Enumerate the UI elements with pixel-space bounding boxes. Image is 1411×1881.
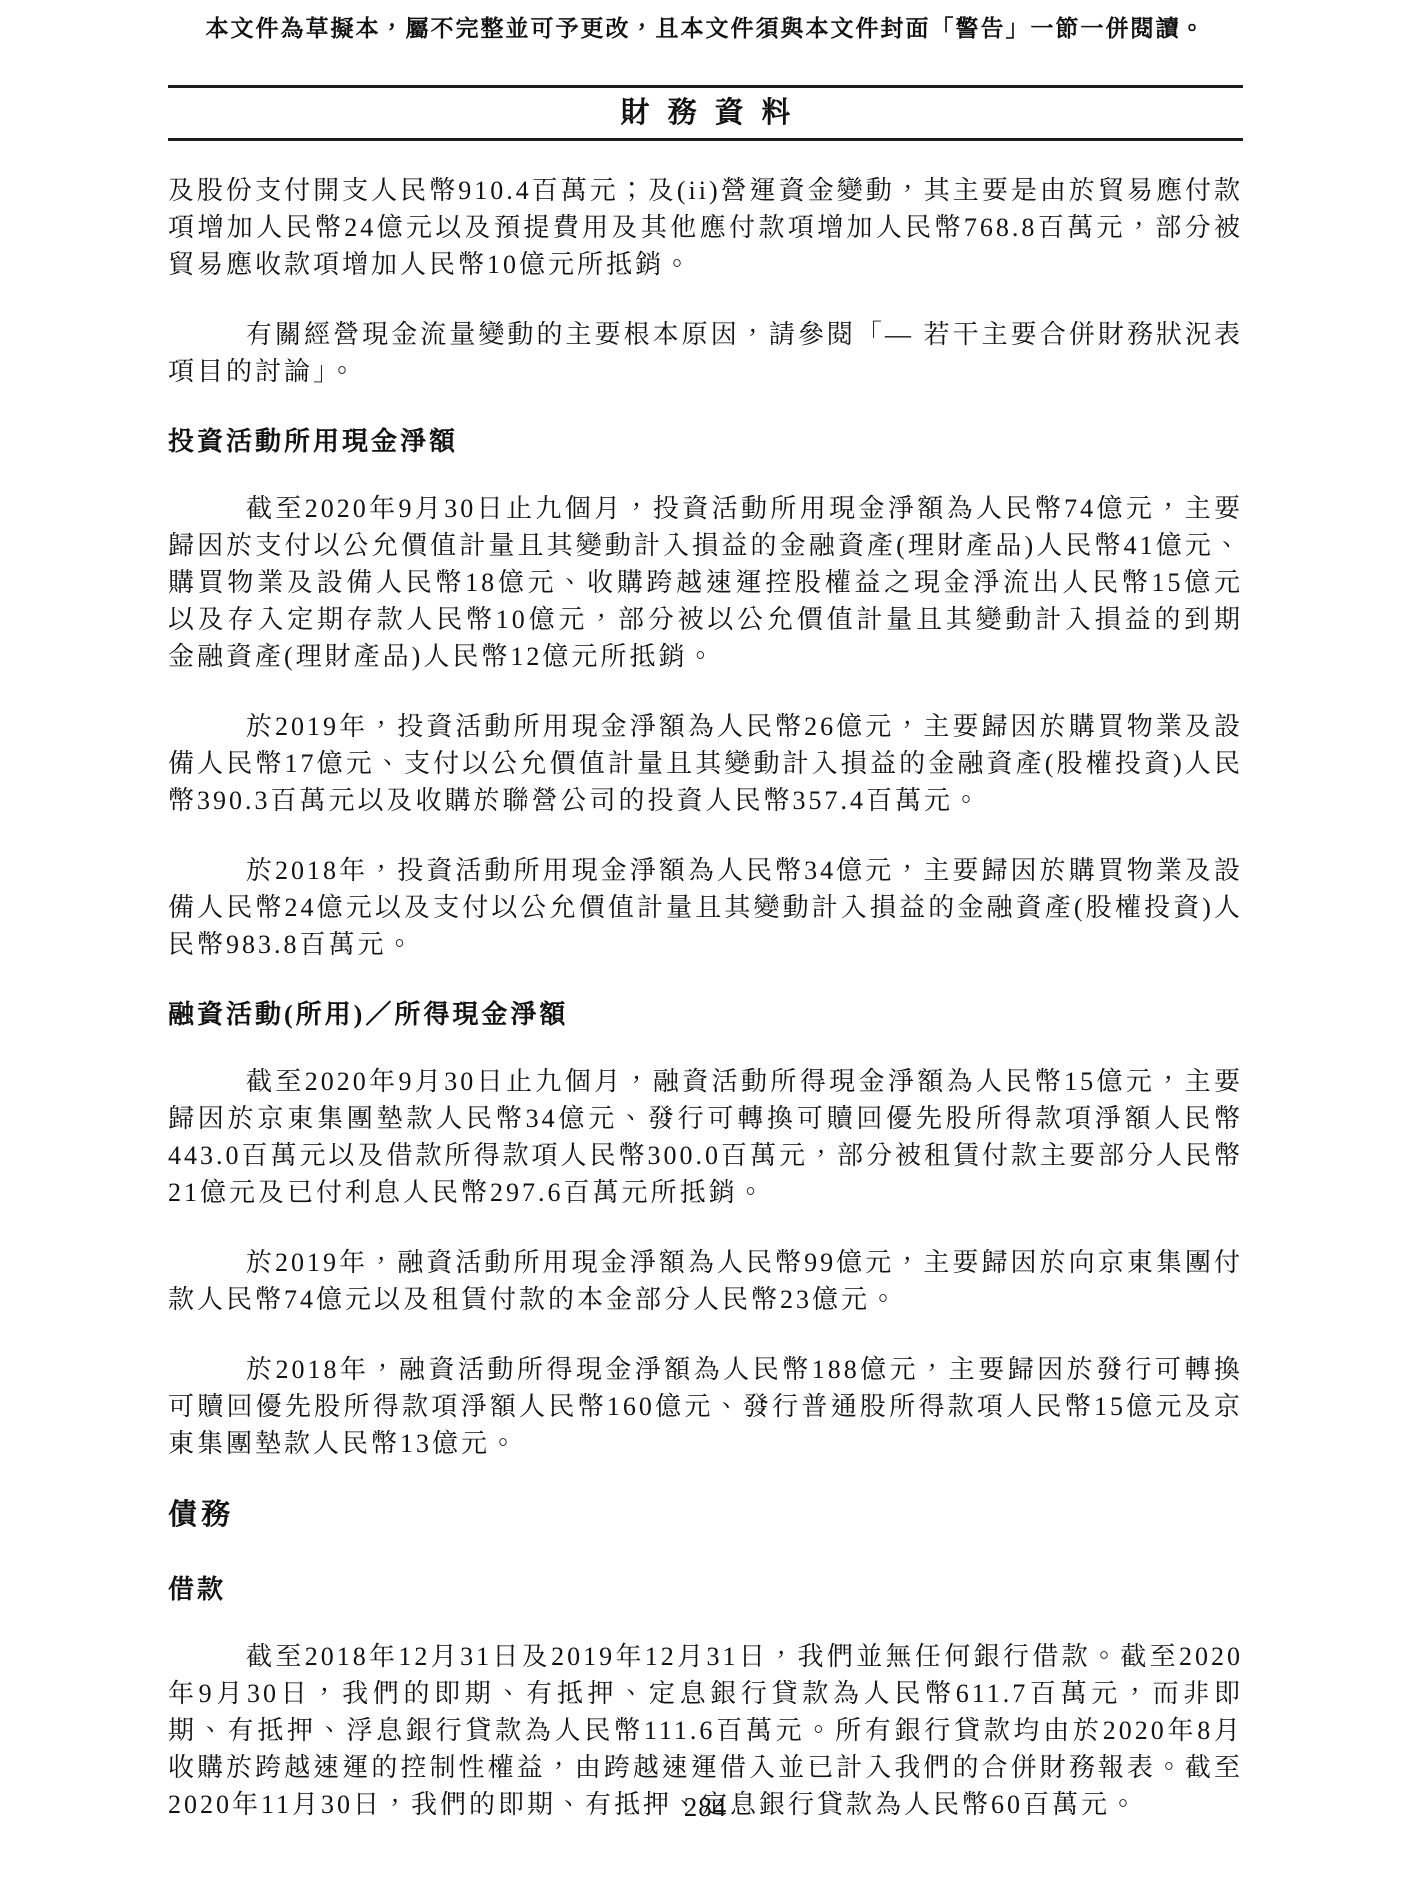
page-header: 本文件為草擬本，屬不完整並可予更改，且本文件須與本文件封面「警告」一節一併閱讀。… <box>168 14 1243 141</box>
heading-indebtedness: 債務 <box>168 1495 1243 1535</box>
page-title: 財務資料 <box>168 95 1243 132</box>
paragraph-financing-2019: 於2019年，融資活動所用現金淨額為人民幣99億元，主要歸因於向京東集團付款人民… <box>168 1244 1243 1318</box>
paragraph-financing-2020: 截至2020年9月30日止九個月，融資活動所得現金淨額為人民幣15億元，主要歸因… <box>168 1063 1243 1211</box>
title-rule-top <box>168 85 1243 88</box>
paragraph-financing-2018: 於2018年，融資活動所得現金淨額為人民幣188億元，主要歸因於發行可轉換可贖回… <box>168 1351 1243 1462</box>
paragraph-operating-cashflow-continuation: 及股份支付開支人民幣910.4百萬元；及(ii)營運資金變動，其主要是由於貿易應… <box>168 172 1243 283</box>
heading-net-cash-used-in-investing-activities: 投資活動所用現金淨額 <box>168 423 1243 460</box>
paragraph-operating-cashflow-reference: 有關經營現金流量變動的主要根本原因，請參閱「— 若干主要合併財務狀況表項目的討論… <box>168 316 1243 390</box>
draft-disclaimer-text: 本文件為草擬本，屬不完整並可予更改，且本文件須與本文件封面「警告」一節一併閱讀。 <box>168 14 1243 44</box>
title-rule-bottom <box>168 138 1243 141</box>
heading-net-cash-financing-activities: 融資活動(所用)／所得現金淨額 <box>168 996 1243 1033</box>
paragraph-investing-2018: 於2018年，投資活動所用現金淨額為人民幣34億元，主要歸因於購買物業及設備人民… <box>168 852 1243 963</box>
document-page: 本文件為草擬本，屬不完整並可予更改，且本文件須與本文件封面「警告」一節一併閱讀。… <box>0 0 1411 1881</box>
document-body: 及股份支付開支人民幣910.4百萬元；及(ii)營運資金變動，其主要是由於貿易應… <box>168 172 1243 1823</box>
paragraph-investing-2019: 於2019年，投資活動所用現金淨額為人民幣26億元，主要歸因於購買物業及設備人民… <box>168 708 1243 819</box>
page-number: 284 <box>0 1791 1411 1823</box>
paragraph-investing-2020: 截至2020年9月30日止九個月，投資活動所用現金淨額為人民幣74億元，主要歸因… <box>168 490 1243 675</box>
heading-borrowings: 借款 <box>168 1571 1243 1608</box>
